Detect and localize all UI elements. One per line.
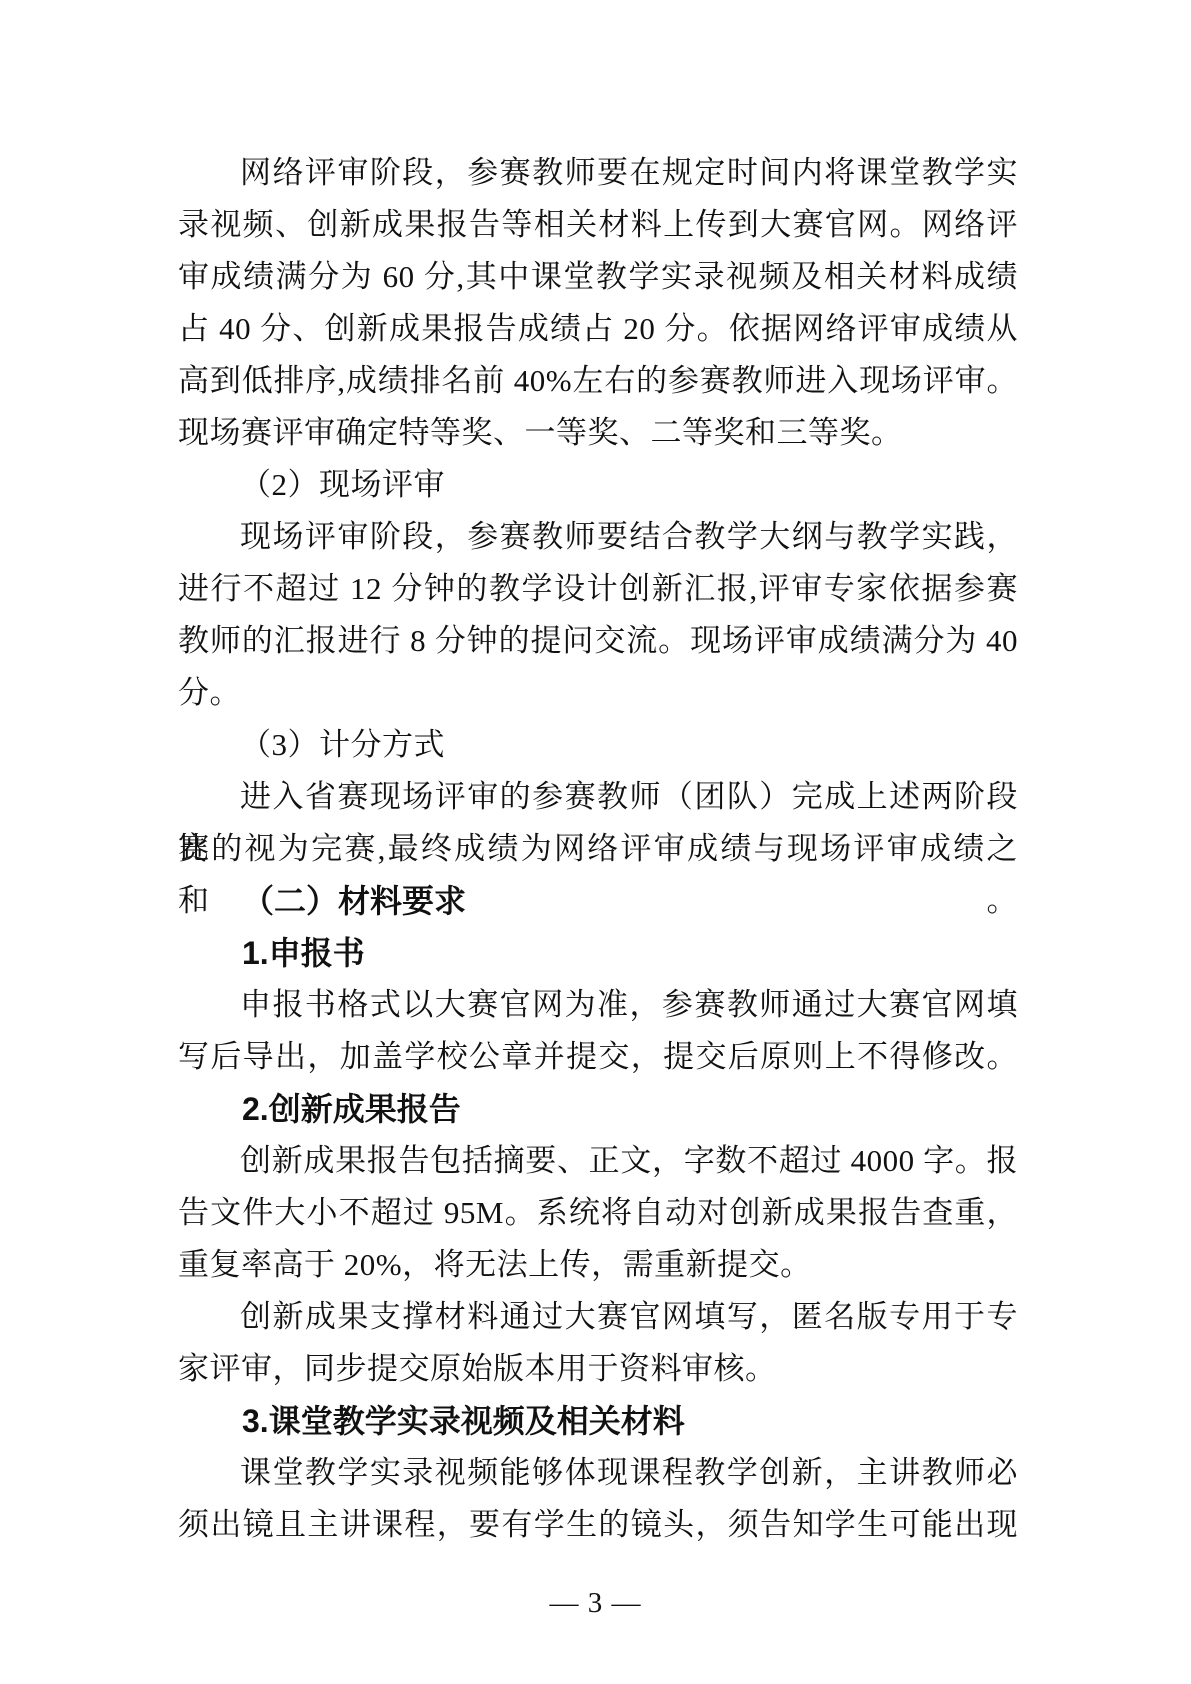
body-line: 进入省赛现场评审的参赛教师（团队）完成上述两阶段比: [178, 771, 1018, 823]
heading-classroom-video: 3.课堂教学实录视频及相关材料: [178, 1395, 1018, 1447]
body-line: 录视频、创新成果报告等相关材料上传到大赛官网。网络评: [178, 199, 1018, 251]
body-line: 现场赛评审确定特等奖、一等奖、二等奖和三等奖。: [178, 407, 1018, 459]
body-line: 网络评审阶段，参赛教师要在规定时间内将课堂教学实: [178, 147, 1018, 199]
body-line: 申报书格式以大赛官网为准，参赛教师通过大赛官网填: [178, 979, 1018, 1031]
body-line: 须出镜且主讲课程，要有学生的镜头，须告知学生可能出现: [178, 1499, 1018, 1551]
body-line: 课堂教学实录视频能够体现课程教学创新，主讲教师必: [178, 1447, 1018, 1499]
page-number: — 3 —: [0, 1586, 1191, 1620]
body-line: 创新成果报告包括摘要、正文，字数不超过 4000 字。报: [178, 1135, 1018, 1187]
body-line: 告文件大小不超过 95M。系统将自动对创新成果报告查重，: [178, 1187, 1018, 1239]
body-line: 进行不超过 12 分钟的教学设计创新汇报,评审专家依据参赛: [178, 563, 1018, 615]
subheading-onsite-review: （2）现场评审: [178, 459, 1018, 511]
body-line: 分。: [178, 667, 1018, 719]
body-line: 创新成果支撑材料通过大赛官网填写，匿名版专用于专: [178, 1291, 1018, 1343]
document-page: 网络评审阶段，参赛教师要在规定时间内将课堂教学实 录视频、创新成果报告等相关材料…: [0, 0, 1191, 1684]
body-line: 占 40 分、创新成果报告成绩占 20 分。依据网络评审成绩从: [178, 303, 1018, 355]
heading-application-form: 1.申报书: [178, 927, 1018, 979]
body-line: 家评审，同步提交原始版本用于资料审核。: [178, 1343, 1018, 1395]
body-line: 审成绩满分为 60 分,其中课堂教学实录视频及相关材料成绩: [178, 251, 1018, 303]
body-line: 赛的视为完赛,最终成绩为网络评审成绩与现场评审成绩之和。: [178, 823, 1018, 875]
body-line: 高到低排序,成绩排名前 40%左右的参赛教师进入现场评审。: [178, 355, 1018, 407]
body-line: 教师的汇报进行 8 分钟的提问交流。现场评审成绩满分为 40: [178, 615, 1018, 667]
document-body: 网络评审阶段，参赛教师要在规定时间内将课堂教学实 录视频、创新成果报告等相关材料…: [178, 147, 1018, 1551]
subheading-scoring-method: （3）计分方式: [178, 719, 1018, 771]
body-line: 写后导出，加盖学校公章并提交，提交后原则上不得修改。: [178, 1031, 1018, 1083]
heading-innovation-report: 2.创新成果报告: [178, 1083, 1018, 1135]
body-line: 重复率高于 20%，将无法上传，需重新提交。: [178, 1239, 1018, 1291]
body-line: 现场评审阶段，参赛教师要结合教学大纲与教学实践，: [178, 511, 1018, 563]
